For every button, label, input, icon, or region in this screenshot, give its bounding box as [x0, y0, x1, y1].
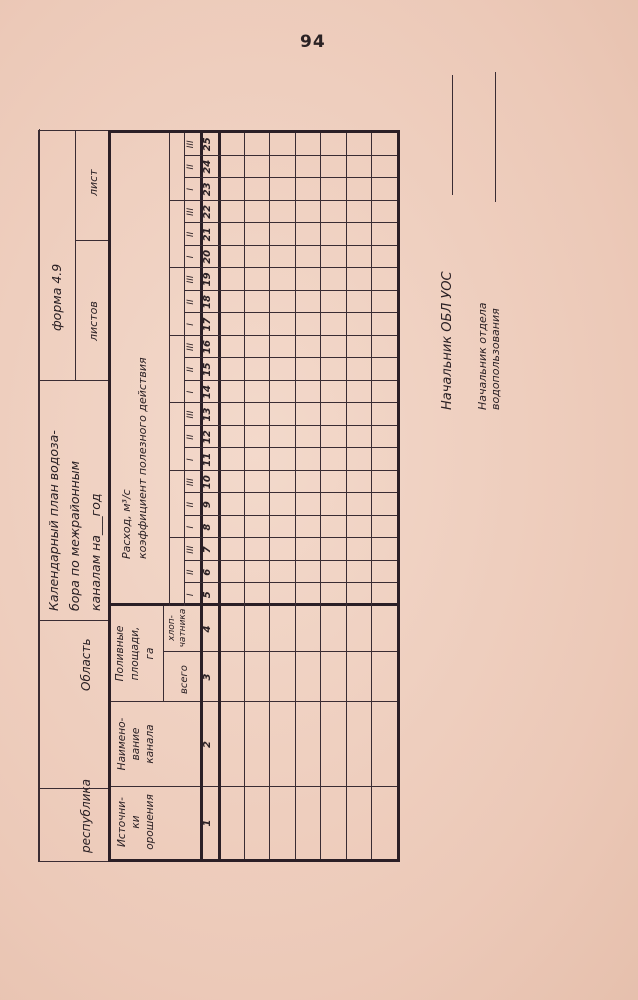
signature-line-head-dept[interactable]: [495, 72, 496, 202]
column-number: 12: [202, 426, 213, 449]
table-row[interactable]: [269, 133, 295, 859]
column-number: 14: [202, 381, 213, 404]
decade-label: III: [186, 268, 196, 291]
header-area-line1: Поливные: [113, 606, 128, 701]
signature-line-head-ovs[interactable]: [452, 75, 453, 195]
header-col1-line3: орошения: [143, 787, 157, 857]
decade-label: II: [186, 426, 196, 449]
header-flow-rate: Расход, м³/с коэффициент полезного дейст…: [119, 357, 151, 559]
column-number: 15: [202, 358, 213, 381]
column-number: 23: [202, 178, 213, 201]
column-number: 2: [202, 702, 213, 787]
decade-label: I: [186, 516, 196, 539]
decade-label: III: [186, 201, 196, 224]
decade-label: III: [186, 538, 196, 561]
decade-label: II: [186, 291, 196, 314]
table-row[interactable]: [320, 133, 346, 859]
decade-label: III: [186, 336, 196, 359]
table-row[interactable]: [295, 133, 321, 859]
column-number: 25: [202, 133, 213, 156]
form-title-line1: Календарный план водоза-: [43, 430, 64, 611]
column-number: 3: [202, 652, 213, 702]
header-area-line2: площади,: [128, 606, 143, 701]
header-col1-line1: Источни-: [115, 787, 129, 857]
column-number: 17: [202, 313, 213, 336]
column-number: 13: [202, 403, 213, 426]
republic-label: республика: [79, 779, 93, 853]
header-cotton-line2: чатника: [178, 606, 189, 650]
column-number: 22: [202, 201, 213, 224]
table-row[interactable]: [244, 133, 270, 859]
decade-label: I: [186, 381, 196, 404]
signature-head-ovs: Начальник ОБЛ УОС: [440, 271, 455, 410]
signature-head-dept: Начальник отдела водопользования: [476, 302, 502, 410]
form-number-label: форма 4.9: [49, 264, 64, 331]
column-number: 5: [202, 583, 213, 606]
decade-label: II: [186, 156, 196, 179]
table-row[interactable]: [371, 133, 397, 859]
header-col1-line2: ки: [129, 787, 143, 857]
column-number: 1: [202, 787, 213, 859]
column-number: 10: [202, 471, 213, 494]
decade-label: I: [186, 583, 196, 606]
signature-head-dept-line2: водопользования: [489, 302, 502, 410]
form-title-line2: бора по межрайонным: [64, 430, 85, 611]
column-number: 18: [202, 291, 213, 314]
header-flow-line1: Расход, м³/с: [119, 357, 135, 559]
column-number: 20: [202, 246, 213, 269]
table-row[interactable]: [346, 133, 372, 859]
decade-label: I: [186, 246, 196, 269]
header-cotton: хлоп- чатника: [167, 606, 189, 650]
decade-label: I: [186, 178, 196, 201]
column-number: 19: [202, 268, 213, 291]
header-area-line3: га: [143, 606, 158, 701]
header-cotton-line1: хлоп-: [167, 606, 178, 650]
region-label: Область: [79, 638, 93, 691]
header-irrigated-area: Поливные площади, га: [113, 606, 158, 701]
header-flow-line2: коэффициент полезного действия: [135, 357, 151, 559]
header-irrigation-sources: Источни- ки орошения: [115, 787, 157, 857]
decade-label: I: [186, 313, 196, 336]
column-number: 24: [202, 156, 213, 179]
decade-label: II: [186, 493, 196, 516]
header-col2-line1: Наимено-: [115, 702, 129, 786]
water-intake-plan-form: республика Область Календарный план водо…: [38, 130, 400, 862]
table-row[interactable]: [218, 133, 244, 859]
column-number: 11: [202, 448, 213, 471]
header-total: всего: [179, 665, 190, 694]
column-number: 16: [202, 336, 213, 359]
form-title-row: республика Область Календарный план водо…: [38, 130, 108, 862]
decade-label: III: [186, 133, 196, 156]
sheet-label: лист: [87, 169, 100, 196]
header-col2-line3: канала: [143, 702, 157, 786]
column-number: 6: [202, 561, 213, 584]
decade-label: II: [186, 223, 196, 246]
decade-label: II: [186, 358, 196, 381]
plan-table: Источни- ки орошения Наимено- вание кана…: [108, 130, 400, 862]
decade-label: I: [186, 448, 196, 471]
form-title-line3: каналам на___год: [85, 430, 106, 611]
column-number: 9: [202, 493, 213, 516]
signature-head-dept-line1: Начальник отдела: [476, 302, 489, 410]
decade-label: III: [186, 403, 196, 426]
decade-label: II: [186, 561, 196, 584]
form-title: Календарный план водоза- бора по межрайо…: [43, 430, 106, 611]
column-number: 7: [202, 538, 213, 561]
sheets-label: листов: [87, 301, 100, 341]
header-canal-name: Наимено- вание канала: [115, 702, 157, 786]
header-col2-line2: вание: [129, 702, 143, 786]
decade-label: III: [186, 471, 196, 494]
column-number: 8: [202, 516, 213, 539]
column-number: 4: [202, 606, 213, 652]
column-number: 21: [202, 223, 213, 246]
page-number: 94: [300, 32, 326, 52]
